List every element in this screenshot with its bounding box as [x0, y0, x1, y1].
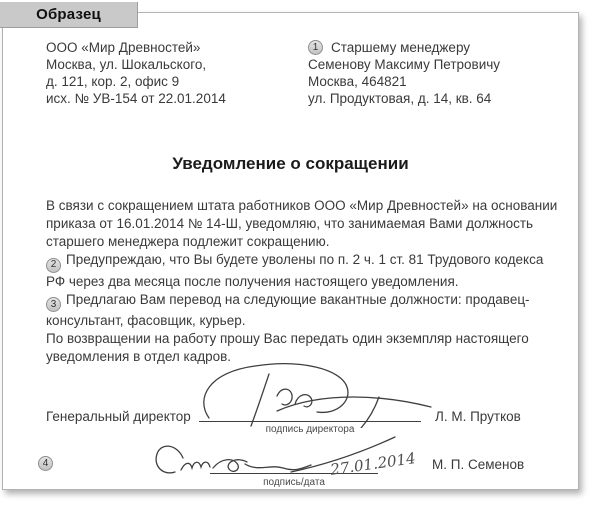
page-title: Уведомление о сокращении [3, 154, 578, 174]
marker-circle-4: 4 [38, 456, 53, 471]
paragraph-text: По возвращении на работу прошу Вас перед… [46, 331, 529, 364]
sample-tab: Образец [0, 2, 138, 28]
sender-block: ООО «Мир Древностей» Москва, ул. Шокальс… [46, 39, 308, 107]
paragraph-intro: В связи с сокращением штата работников О… [46, 197, 558, 251]
paragraph-return: По возвращении на работу прошу Вас перед… [46, 330, 558, 366]
recipient-line: 1 Старшему менеджеру [308, 39, 560, 56]
recipient-line: Москва, 464821 [308, 73, 560, 90]
recipient-block: 1 Старшему менеджеру Семенову Максиму Пе… [308, 39, 560, 107]
paragraph-text: Предупреждаю, что Вы будете уволены по п… [46, 252, 543, 289]
paragraph-text: В связи с сокращением штата работников О… [46, 198, 557, 249]
marker-circle-3: 3 [46, 297, 61, 312]
recipient-line: ул. Продуктовая, д. 14, кв. 64 [308, 90, 560, 107]
sender-line: Москва, ул. Шокальского, [46, 56, 308, 73]
document-body: В связи с сокращением штата работников О… [46, 197, 558, 366]
marker-circle-1: 1 [308, 40, 323, 55]
paragraph-warning: 2Предупреждаю, что Вы будете уволены по … [46, 251, 558, 291]
employee-signature-row: 4 подпись/дата М. П. Семенов 27.01.2014 [3, 454, 578, 509]
director-signature-icon [181, 362, 437, 428]
sender-line: ООО «Мир Древностей» [46, 39, 308, 56]
header-address-row: ООО «Мир Древностей» Москва, ул. Шокальс… [46, 39, 560, 107]
document-page: ООО «Мир Древностей» Москва, ул. Шокальс… [2, 12, 579, 490]
sample-tab-label: Образец [36, 6, 101, 23]
handwritten-date: 27.01.2014 [329, 449, 417, 479]
director-signature-line [199, 421, 421, 422]
marker-circle-2: 2 [46, 258, 61, 273]
paragraph-vacancies: 3Предлагаю Вам перевод на следующие вака… [46, 291, 558, 331]
recipient-line: Семенову Максиму Петровичу [308, 56, 560, 73]
paragraph-text: Предлагаю Вам перевод на следующие вакан… [46, 292, 530, 329]
director-name: Л. М. Прутков [435, 409, 521, 424]
sender-line: исх. № УВ-154 от 22.01.2014 [46, 90, 308, 107]
employee-name: М. П. Семенов [432, 457, 524, 472]
screenshot-canvas: Образец ООО «Мир Древностей» Москва, ул.… [0, 0, 600, 509]
employee-signature-caption: подпись/дата [210, 477, 378, 488]
recipient-line-text: Старшему менеджеру [331, 39, 470, 56]
director-role-label: Генеральный директор [46, 409, 191, 424]
sender-line: д. 121, кор. 2, офис 9 [46, 73, 308, 90]
director-signature-row: Генеральный директор подпись директора Л… [3, 398, 578, 450]
director-signature-caption: подпись директора [199, 424, 421, 435]
